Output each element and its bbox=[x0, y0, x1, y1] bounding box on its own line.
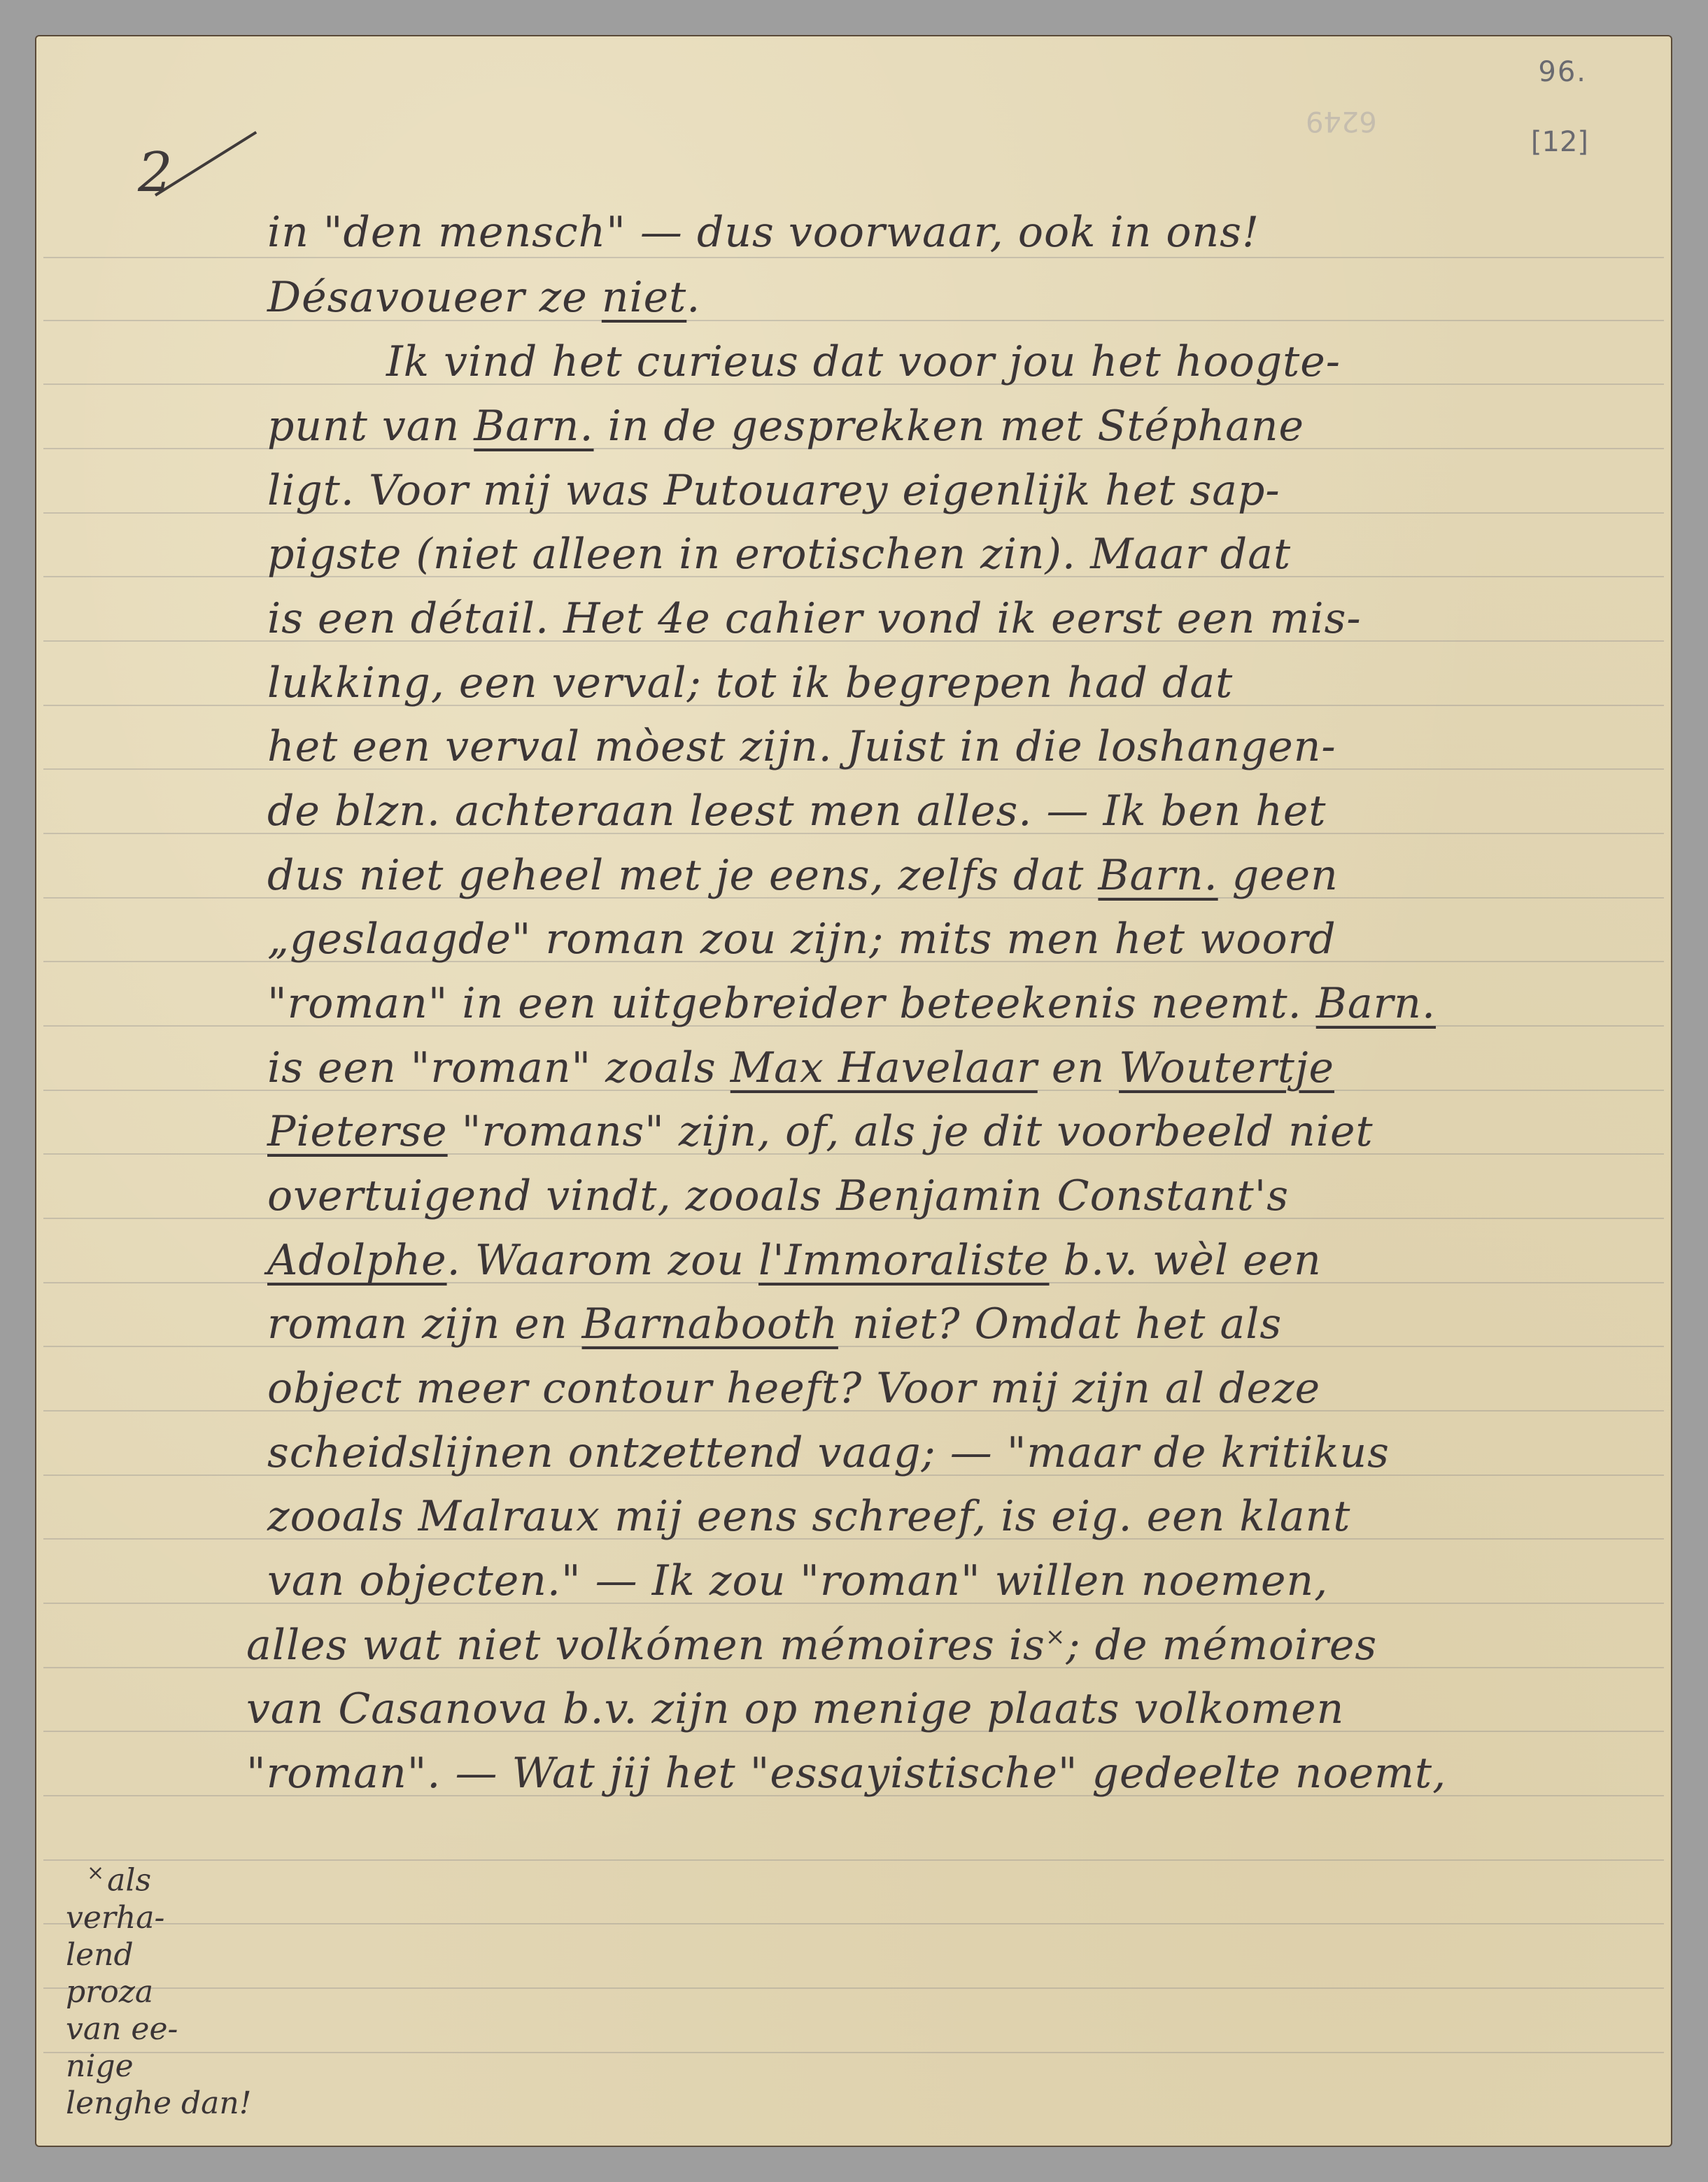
letter-page: 96. [12] 6249 2 in "den mensch" — dus vo… bbox=[35, 35, 1672, 2147]
underlined-title: Barn. bbox=[474, 402, 593, 451]
text-line: is een "roman" zoals Max Havelaar en Wou… bbox=[267, 1047, 1653, 1089]
underlined-word: niet bbox=[602, 273, 686, 322]
underlined-title: Adolphe bbox=[267, 1236, 447, 1285]
text-line: overtuigend vindt, zooals Benjamin Const… bbox=[267, 1175, 1653, 1217]
text-line: de blzn. achteraan leest men alles. — Ik… bbox=[267, 790, 1653, 832]
text-line: punt van Barn. in de gesprekken met Stép… bbox=[267, 405, 1653, 447]
text-line: alles wat niet volkómen mémoires is×; de… bbox=[246, 1624, 1632, 1666]
text-line: „geslaagde" roman zou zijn; mits men het… bbox=[267, 918, 1653, 960]
text-line: Ik vind het curieus dat voor jou het hoo… bbox=[386, 341, 1708, 383]
text-line: Pieterse "romans" zijn, of, als je dit v… bbox=[267, 1111, 1653, 1153]
text-line: "roman" in een uitgebreider beteekenis n… bbox=[267, 983, 1653, 1025]
text-line: Désavoueer ze niet. bbox=[267, 276, 1653, 318]
text-line: van objecten." — Ik zou "roman" willen n… bbox=[267, 1560, 1653, 1602]
text-line: "roman". — Wat jij het "essayistische" g… bbox=[246, 1752, 1632, 1794]
underlined-title: l'Immoraliste bbox=[758, 1236, 1050, 1285]
underlined-title: Pieterse bbox=[267, 1107, 448, 1156]
text-line: Adolphe. Waarom zou l'Immoraliste b.v. w… bbox=[267, 1239, 1653, 1281]
text-line: pigste (niet alleen in erotischen zin). … bbox=[267, 533, 1653, 575]
text-line: lukking, een verval; tot ik begrepen had… bbox=[267, 662, 1653, 704]
text-line: is een détail. Het 4e cahier vond ik eer… bbox=[267, 598, 1653, 640]
text-line: roman zijn en Barnabooth niet? Omdat het… bbox=[267, 1303, 1653, 1345]
text-line: het een verval mòest zijn. Juist in die … bbox=[267, 726, 1653, 768]
margin-footnote: ×als verha- lend proza van ee- nige leng… bbox=[66, 1854, 283, 2122]
footnote-mark: × bbox=[87, 1861, 104, 1885]
underlined-title: Barn. bbox=[1098, 851, 1218, 900]
underlined-title: Barn. bbox=[1316, 979, 1436, 1028]
underlined-title: Barnabooth bbox=[582, 1300, 838, 1349]
letter-body: in "den mensch" — dus voorwaar, ook in o… bbox=[36, 36, 1671, 2146]
text-line: object meer contour heeft? Voor mij zijn… bbox=[267, 1367, 1653, 1409]
underlined-title: Woutertje bbox=[1119, 1043, 1334, 1092]
text-line: ligt. Voor mij was Putouarey eigenlijk h… bbox=[267, 470, 1653, 512]
text-line: dus niet geheel met je eens, zelfs dat B… bbox=[267, 854, 1653, 896]
text-line: in "den mensch" — dus voorwaar, ook in o… bbox=[267, 211, 1653, 253]
text-line: scheidslijnen ontzettend vaag; — "maar d… bbox=[267, 1432, 1653, 1474]
text-line: zooals Malraux mij eens schreef, is eig.… bbox=[267, 1495, 1653, 1537]
underlined-title: Max Havelaar bbox=[731, 1043, 1038, 1092]
footnote-mark: × bbox=[1045, 1623, 1066, 1651]
text-line: van Casanova b.v. zijn op menige plaats … bbox=[246, 1688, 1632, 1730]
